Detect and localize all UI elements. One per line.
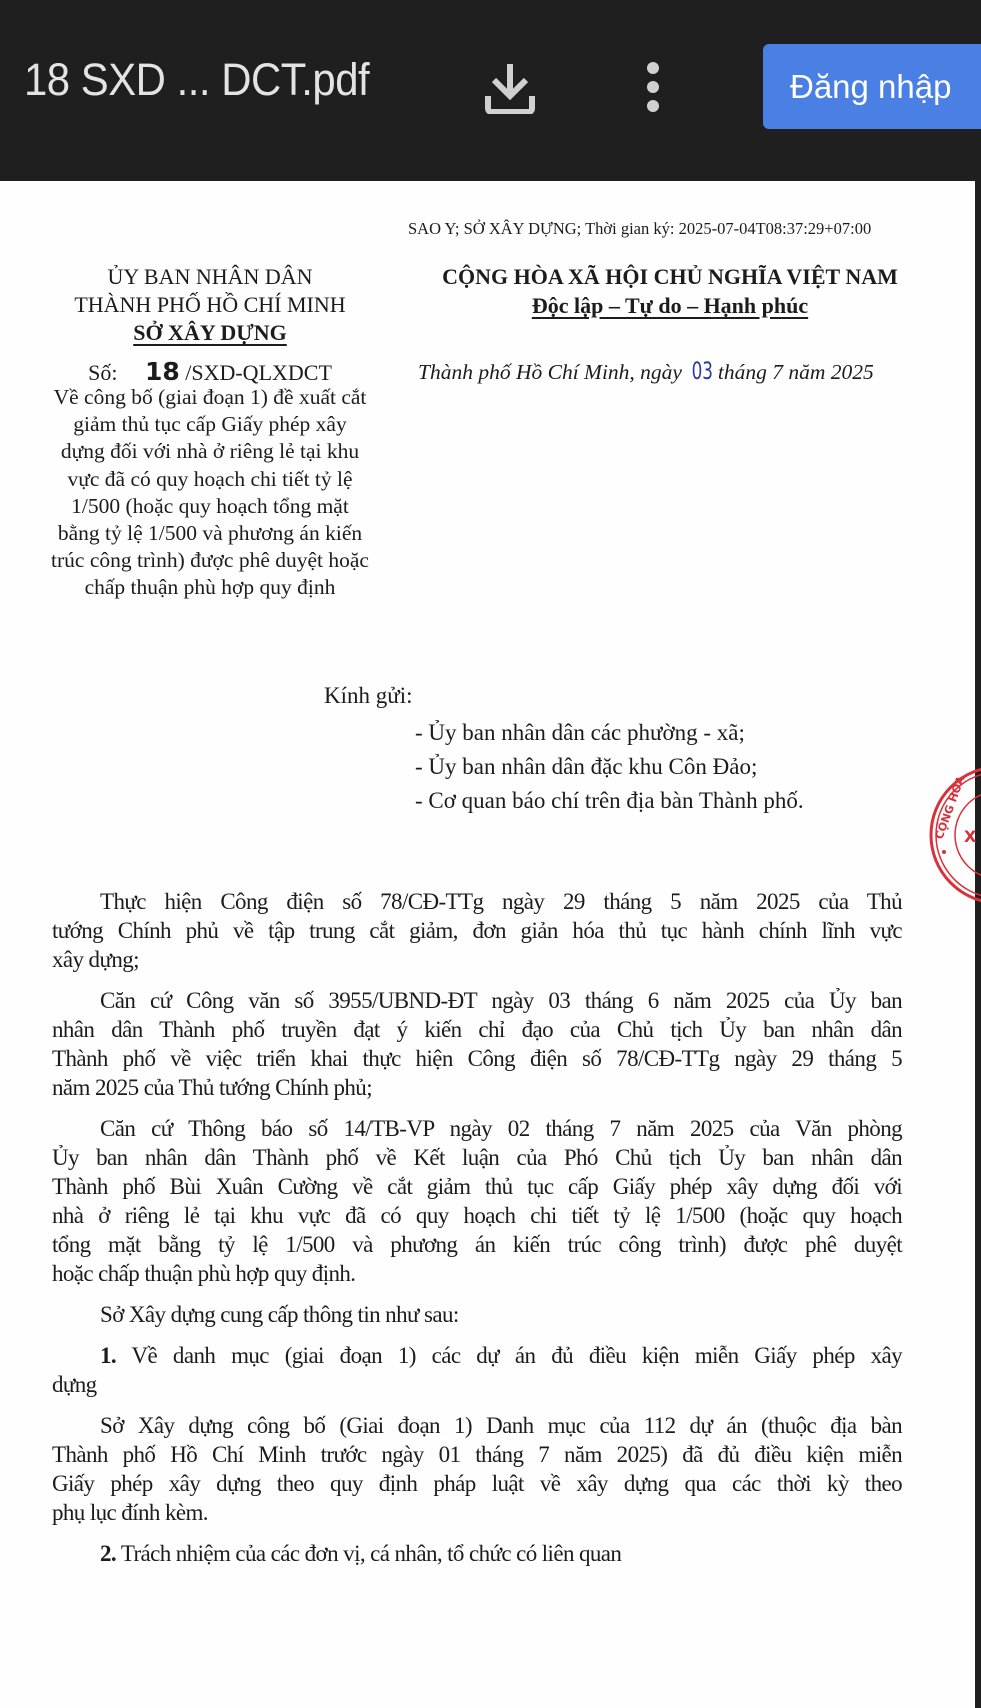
- section-number: 2.: [100, 1541, 116, 1566]
- body-line: Thành phố Hồ Chí Minh trước ngày 01 thán…: [52, 1442, 902, 1468]
- body-line: 2. Trách nhiệm của các đơn vị, cá nhân, …: [100, 1541, 902, 1567]
- body-line: Sở Xây dựng cung cấp thông tin như sau:: [100, 1302, 902, 1328]
- section-number: 1.: [100, 1343, 116, 1368]
- subject-line: giảm thủ tục cấp Giấy phép xây: [20, 412, 400, 437]
- download-icon[interactable]: [484, 60, 536, 114]
- body-line: tướng Chính phủ về tập trung cắt giảm, đ…: [52, 918, 902, 944]
- subject-line: trúc công trình) được phê duyệt hoặc: [20, 548, 400, 573]
- so-code: /SXD-QLXDCT: [185, 360, 332, 385]
- motto-text: Độc lập – Tự do – Hạnh phúc: [532, 293, 808, 318]
- motto: Độc lập – Tự do – Hạnh phúc: [390, 293, 950, 319]
- body-line: Căn cứ Thông báo số 14/TB-VP ngày 02 thá…: [100, 1116, 902, 1142]
- agency-name: SỞ XÂY DỰNG: [133, 320, 287, 345]
- agency-line-1: ỦY BAN NHÂN DÂN: [30, 264, 390, 290]
- subject-line: vực đã có quy hoạch chi tiết tỷ lệ: [20, 467, 400, 492]
- body-line: năm 2025 của Thủ tướng Chính phủ;: [52, 1075, 902, 1101]
- date-day: 03: [692, 357, 713, 385]
- body-line: nhân dân Thành phố truyền đạt ý kiến chỉ…: [52, 1017, 902, 1043]
- body-line: Căn cứ Công văn số 3955/UBND-ĐT ngày 03 …: [100, 988, 902, 1014]
- body-line: tổng mặt bằng tỷ lệ 1/500 và phương án k…: [52, 1232, 902, 1258]
- body-line: Thành phố về việc triển khai thực hiện C…: [52, 1046, 902, 1072]
- recipients-label: Kính gửi:: [324, 683, 413, 709]
- body-line: phụ lục đính kèm.: [52, 1500, 902, 1526]
- body-line: Thành phố Bùi Xuân Cường về cắt giảm thủ…: [52, 1174, 902, 1200]
- body-line: nhà ở riêng lẻ tại khu vực đã có quy hoạ…: [52, 1203, 902, 1229]
- date-prefix: Thành phố Hồ Chí Minh, ngày: [418, 360, 682, 384]
- signature-line: SAO Y; SỞ XÂY DỰNG; Thời gian ký: 2025-0…: [408, 219, 871, 239]
- subject-line: Về công bố (giai đoạn 1) đề xuất cắt: [20, 385, 400, 410]
- recipient-item: - Ủy ban nhân dân các phường - xã;: [415, 720, 745, 746]
- body-line: Thực hiện Công điện số 78/CĐ-TTg ngày 29…: [100, 889, 902, 915]
- file-name: 18 SXD ... DCT.pdf: [24, 54, 369, 106]
- so-number: 18: [145, 357, 180, 386]
- body-line: hoặc chấp thuận phù hợp quy định.: [52, 1261, 902, 1287]
- body-line: 1. Về danh mục (giai đoạn 1) các dự án đ…: [100, 1343, 902, 1369]
- body-line: xây dựng;: [52, 947, 902, 973]
- recipient-item: - Ủy ban nhân dân đặc khu Côn Đảo;: [415, 754, 757, 780]
- nation-title: CỘNG HÒA XÃ HỘI CHỦ NGHĨA VIỆT NAM: [390, 264, 950, 290]
- body-line: Sở Xây dựng công bố (Giai đoạn 1) Danh m…: [100, 1413, 902, 1439]
- svg-text:X: X: [964, 827, 977, 846]
- subject-line: dựng đối với nhà ở riêng lẻ tại khu: [20, 439, 400, 464]
- recipient-item: - Cơ quan báo chí trên địa bàn Thành phố…: [415, 788, 804, 814]
- body-line: Giấy phép xây dựng theo quy định pháp lu…: [52, 1471, 902, 1497]
- document-number: Số: 18 /SXD-QLXDCT: [30, 357, 390, 386]
- viewer-toolbar: 18 SXD ... DCT.pdf Đăng nhập: [0, 0, 981, 181]
- more-options-icon[interactable]: [638, 58, 668, 116]
- section-heading: Trách nhiệm của các đơn vị, cá nhân, tổ …: [121, 1541, 622, 1566]
- pdf-page: SAO Y; SỞ XÂY DỰNG; Thời gian ký: 2025-0…: [0, 181, 975, 1708]
- red-seal-stamp: CỘNG HÒA X: [924, 760, 981, 910]
- body-line: Ủy ban nhân dân Thành phố về Kết luận củ…: [52, 1145, 902, 1171]
- agency-line-2: THÀNH PHỐ HỒ CHÍ MINH: [30, 292, 390, 318]
- page-edge: [975, 181, 981, 1708]
- agency-line-3: SỞ XÂY DỰNG: [30, 320, 390, 346]
- date-suffix: tháng 7 năm 2025: [718, 360, 874, 384]
- subject-line: 1/500 (hoặc quy hoạch tổng mặt: [20, 494, 400, 519]
- so-label: Số:: [88, 360, 117, 385]
- subject-line: bằng tỷ lệ 1/500 và phương án kiến: [20, 521, 400, 546]
- login-button[interactable]: Đăng nhập: [763, 44, 981, 129]
- date-line: Thành phố Hồ Chí Minh, ngày 03tháng 7 nă…: [418, 357, 874, 385]
- body-line: dựng: [52, 1372, 902, 1398]
- subject-line: chấp thuận phù hợp quy định: [20, 575, 400, 600]
- section-heading: Về danh mục (giai đoạn 1) các dự án đủ đ…: [131, 1343, 902, 1368]
